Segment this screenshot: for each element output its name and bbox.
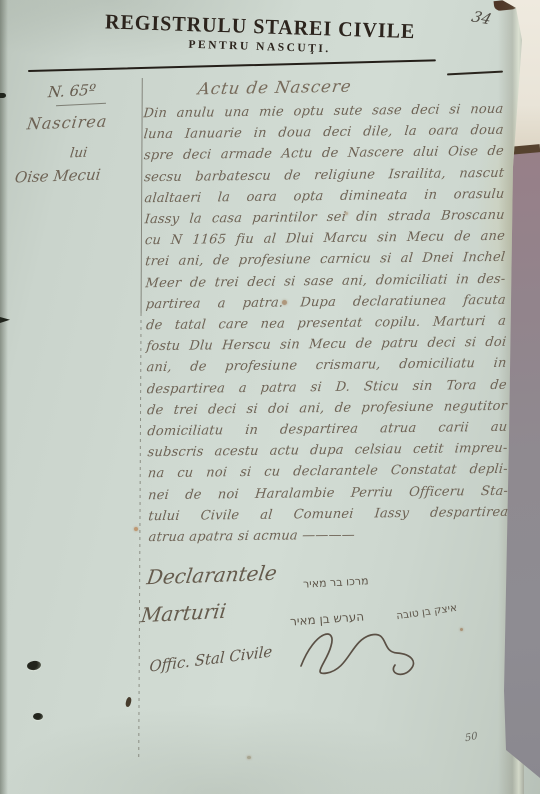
declarant-hebrew-signature: מרכו בר מאיר [303, 574, 369, 590]
foxing-spot [134, 527, 138, 531]
ink-blot [125, 697, 132, 708]
body-line: atrua apatra si acmua ———— [148, 523, 510, 549]
margin-birth-label: Nascirea [26, 112, 109, 134]
foxing-spot [345, 212, 348, 215]
handwritten-page-number: 34 [469, 8, 493, 29]
photographed-register-page: REGISTRULU STAREI CIVILE PENTRU NASCUŢI.… [0, 0, 540, 794]
pencil-corner-mark: 50 [465, 731, 479, 745]
header-rule [28, 59, 436, 72]
margin-divider-dotted [138, 313, 141, 760]
act-number: N. 65º [47, 81, 96, 102]
margin-of-label: lui [69, 145, 88, 162]
declarant-label: Declarantele [145, 561, 278, 590]
officer-signature-flourish [293, 622, 433, 688]
officer-label: Offic. Stal Civile [149, 642, 273, 675]
edge-speck [0, 317, 10, 323]
printed-header: REGISTRULU STAREI CIVILE PENTRU NASCUŢI. [60, 10, 461, 60]
worm-hole [26, 660, 41, 671]
register-page: REGISTRULU STAREI CIVILE PENTRU NASCUŢI.… [0, 0, 540, 794]
foxing-spot [460, 628, 463, 631]
foxing-spot [247, 756, 251, 759]
worm-hole [33, 713, 43, 720]
header-rule-dash [447, 71, 503, 76]
margin-child-name: Oise Mecui [14, 165, 102, 186]
act-title: Actu de Nascere [197, 77, 353, 99]
margin-divider-rule [138, 78, 143, 760]
act-number-underline [56, 103, 106, 107]
witnesses-label: Marturii [140, 599, 228, 628]
witness-hebrew-signature-2: איצק בן טובה [395, 602, 457, 622]
edge-speck [0, 93, 6, 98]
act-body: Din anulu una mie optu sute sase deci si… [143, 99, 508, 549]
foxing-spot [282, 300, 287, 305]
